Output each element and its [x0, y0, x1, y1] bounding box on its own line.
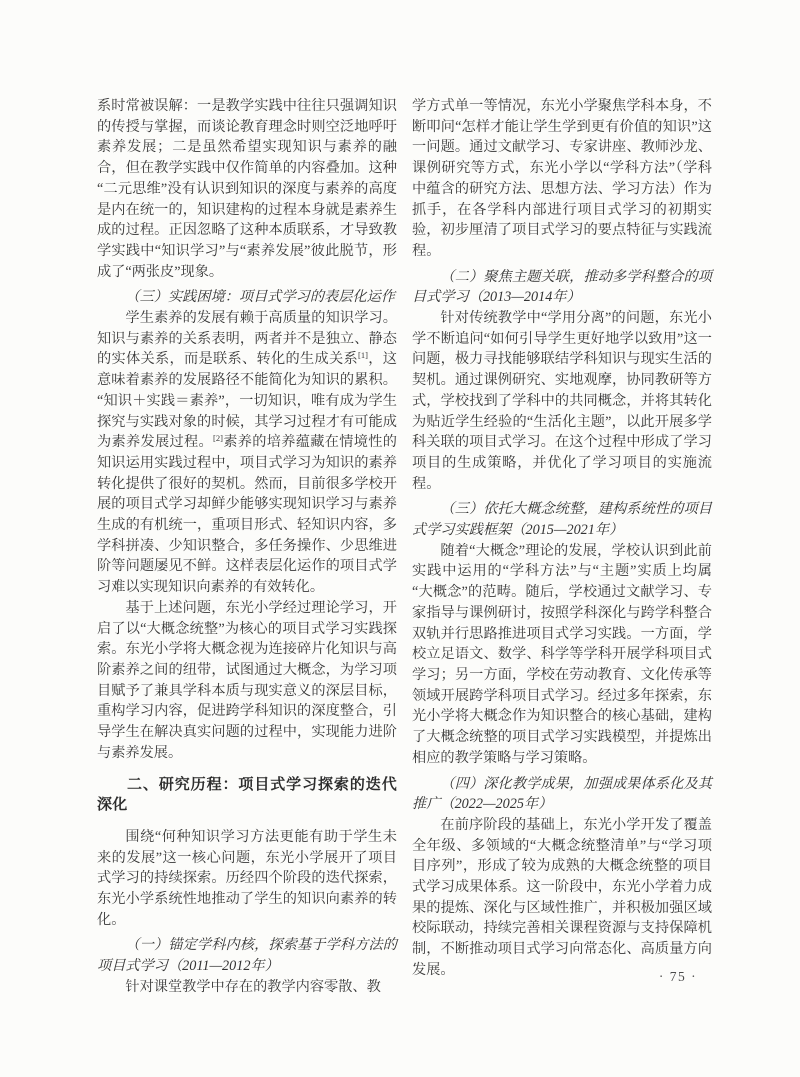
subsection-heading-stage-3: （三）依托大概念统整，建构系统性的项目式学习实践框架（2015—2021年） — [412, 499, 712, 540]
page-number: · 75 · — [618, 969, 738, 985]
subsection-heading-stage-1: （一）锚定学科内核，探索基于学科方法的项目式学习（2011—2012年） — [97, 935, 397, 976]
subsection-heading-stage-2: （二）聚焦主题关联，推动多学科整合的项目式学习（2013—2014年） — [412, 267, 712, 308]
citation-ref: [2] — [213, 433, 223, 443]
citation-ref: [1] — [358, 350, 368, 360]
section-heading-research-journey: 二、研究历程：项目式学习探索的迭代深化 — [97, 775, 397, 816]
left-column: 系时常被误解：一是教学实践中往往只强调知识的传授与掌握，而谈论教育理念时则空泛地… — [97, 96, 397, 998]
para-stage-3: 随着“大概念”理论的发展，学校认识到此前实践中运用的“学科方法”与“主题”实质上… — [412, 541, 712, 769]
subsection-heading-stage-4: （四）深化教学成果，加强成果体系化及其推广（2022—2025年） — [412, 774, 712, 815]
para-literacy-development-analysis: 学生素养的发展有赖于高质量的知识学习。知识与素养的关系表明，两者并不是独立、静态… — [97, 308, 397, 598]
para-stage-4: 在前序阶段的基础上，东光小学开发了覆盖全年级、多领域的“大概念统整清单”与“学习… — [412, 815, 712, 981]
journal-page: 系时常被误解：一是教学实践中往往只强调知识的传授与掌握，而谈论教育理念时则空泛地… — [0, 0, 800, 1077]
para-stage-2: 针对传统教学中“学用分离”的问题，东光小学不断追问“如何引导学生更好地学以致用”… — [412, 308, 712, 494]
right-column: 学方式单一等情况，东光小学聚焦学科本身，不断叩问“怎样才能让学生学到更有价值的知… — [412, 96, 712, 981]
para-knowledge-literacy-misconception: 系时常被误解：一是教学实践中往往只强调知识的传授与掌握，而谈论教育理念时则空泛地… — [97, 96, 397, 282]
para-core-question: 围绕“何种知识学习方法更能有助于学生未来的发展”这一核心问题，东光小学展开了项目… — [97, 827, 397, 931]
para-stage-1-start: 针对课堂教学中存在的教学内容零散、教 — [97, 977, 397, 998]
subsection-heading-practice-dilemma: （三）实践困境：项目式学习的表层化运作 — [97, 287, 397, 308]
para-big-concept-introduction: 基于上述问题，东光小学经过理论学习，开启了以“大概念统整”为核心的项目式学习实践… — [97, 598, 397, 764]
para-stage-1-continued: 学方式单一等情况，东光小学聚焦学科本身，不断叩问“怎样才能让学生学到更有价值的知… — [412, 96, 712, 262]
